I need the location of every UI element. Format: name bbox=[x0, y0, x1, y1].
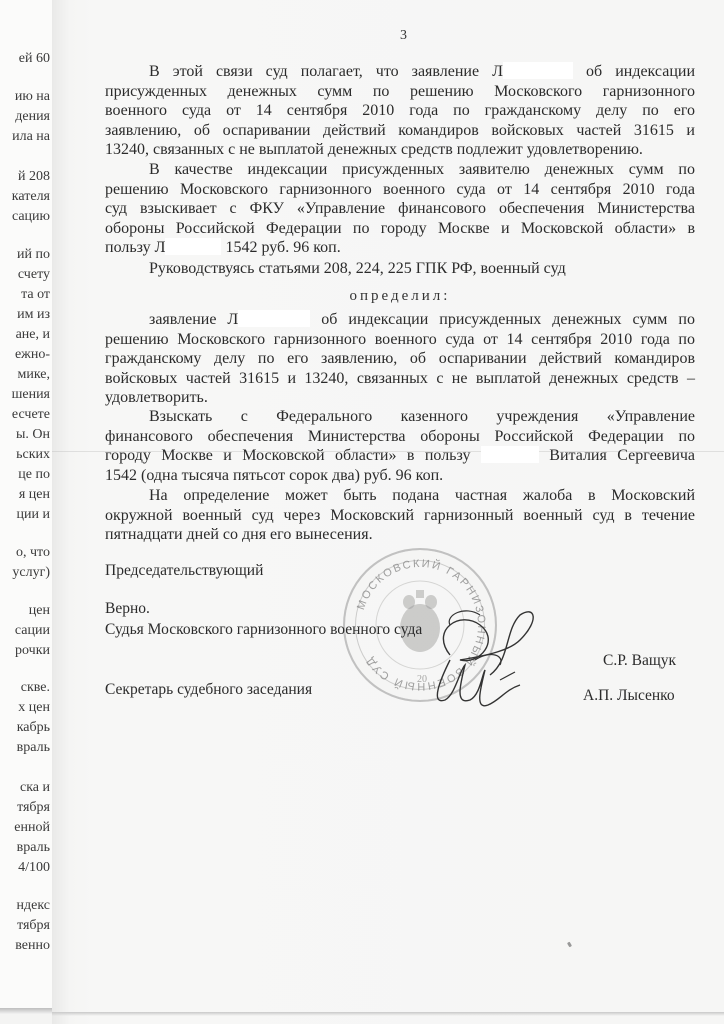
certified-label: Верно. bbox=[105, 600, 150, 618]
redacted-name bbox=[503, 62, 573, 79]
left-page-text-fragment: о, что bbox=[16, 545, 50, 561]
left-page-text-fragment: ей 60 bbox=[19, 51, 50, 67]
paragraph-recover-funds: Взыскать с Федерального казенного учрежд… bbox=[105, 407, 695, 485]
secretary-signature-icon bbox=[420, 650, 540, 720]
paragraph-ruling: заявление Л об индексации присужденных д… bbox=[105, 310, 695, 408]
left-page-text-fragment: им из bbox=[17, 307, 50, 323]
text-line: финансового обеспечения Министерства обо… bbox=[105, 427, 695, 447]
left-page-text-fragment: шения bbox=[12, 387, 50, 403]
left-page-text-fragment: мике, bbox=[17, 367, 50, 383]
text-line: заявление Л об индексации присужденных д… bbox=[105, 310, 695, 330]
left-page-text-fragment: кателя bbox=[12, 189, 50, 205]
text-line: В качестве индексации присужденных заяви… bbox=[105, 160, 695, 180]
ruling-heading: определил: bbox=[105, 288, 695, 305]
left-page-text-fragment: ции и bbox=[17, 507, 50, 523]
underlying-left-page: ей 60ию наденияила най 208кателясациюий … bbox=[0, 0, 52, 1010]
paragraph-legal-basis: Руководствуясь статьями 208, 224, 225 ГП… bbox=[105, 259, 695, 279]
redacted-name bbox=[165, 238, 221, 255]
left-page-text-fragment: ы. Он bbox=[16, 427, 50, 443]
left-page-text-fragment: скве. bbox=[21, 680, 50, 696]
left-page-bottom-edge bbox=[0, 1008, 52, 1014]
left-page-text-fragment: ане, и bbox=[16, 327, 50, 343]
secretary-name: А.П. Лысенко bbox=[583, 687, 675, 705]
text-line: решению Московского гарнизонного военног… bbox=[105, 330, 695, 350]
text-line: обороны Российской Федерации по городу М… bbox=[105, 219, 695, 239]
left-page-text-fragment: сацию bbox=[12, 209, 50, 225]
left-page-text-fragment: кабрь bbox=[17, 720, 50, 736]
left-page-text-fragment: цен bbox=[29, 603, 50, 619]
left-page-text-fragment: це по bbox=[18, 467, 50, 483]
redacted-name bbox=[238, 310, 310, 327]
text-line: заявлению, об оспаривании действий коман… bbox=[105, 121, 695, 141]
text-line: присужденных денежных сумм по решению Мо… bbox=[105, 82, 695, 102]
left-page-text-fragment: енной bbox=[14, 820, 50, 836]
left-page-text-fragment: услуг) bbox=[12, 565, 50, 581]
left-page-text-fragment: враль bbox=[17, 740, 50, 756]
text-line: гражданскому делу по его заявлению, об о… bbox=[105, 349, 695, 369]
paragraph-indexation-award: В качестве индексации присужденных заяви… bbox=[105, 160, 695, 258]
text-line: Взыскать с Федерального казенного учрежд… bbox=[105, 407, 695, 427]
left-page-text-fragment: рочки bbox=[15, 643, 50, 659]
page-number: 3 bbox=[400, 28, 407, 44]
left-page-text-fragment: я цен bbox=[19, 487, 50, 503]
text-line: пятнадцати дней со дня его вынесения. bbox=[105, 525, 695, 545]
left-page-text-fragment: ила на bbox=[12, 129, 50, 145]
presiding-label: Председательствующий bbox=[105, 562, 263, 580]
left-page-text-fragment: ию на bbox=[15, 89, 50, 105]
paragraph-appeal-notice: На определение может быть подана частная… bbox=[105, 486, 695, 545]
page-bottom-edge bbox=[52, 1012, 724, 1016]
left-page-text-fragment: 4/100 bbox=[18, 860, 50, 876]
left-page-text-fragment: тября bbox=[17, 800, 50, 816]
text-line: В этой связи суд полагает, что заявление… bbox=[105, 62, 695, 82]
text-line: пользу Л 1542 руб. 96 коп. bbox=[105, 238, 695, 258]
left-page-text-fragment: враль bbox=[17, 840, 50, 856]
text-line: На определение может быть подана частная… bbox=[105, 486, 695, 506]
left-page-text-fragment: счету bbox=[18, 267, 50, 283]
left-page-text-fragment: есчете bbox=[12, 407, 50, 423]
text-line: решению Московского гарнизонного военног… bbox=[105, 180, 695, 200]
left-page-text-fragment: ий по bbox=[17, 247, 50, 263]
text-line: 1542 (одна тысяча пятьсот сорок два) руб… bbox=[105, 466, 695, 486]
left-page-text-fragment: ьских bbox=[16, 447, 50, 463]
left-page-text-fragment: ска и bbox=[20, 780, 50, 796]
text-line: окружной военный суд через Московский га… bbox=[105, 506, 695, 526]
text-line: войсковых частей 31615 и 13240, связанны… bbox=[105, 369, 695, 389]
text-line: 13240, связанных с не выплатой денежных … bbox=[105, 140, 695, 160]
text-line: удовлетворить. bbox=[105, 388, 695, 408]
left-page-text-fragment: х цен bbox=[18, 700, 50, 716]
text-line: военного суда от 14 сентября 2010 года п… bbox=[105, 101, 695, 121]
left-page-text-fragment: сации bbox=[15, 623, 50, 639]
left-page-text-fragment: й 208 bbox=[18, 169, 50, 185]
redacted-name bbox=[481, 446, 539, 463]
text-line: Руководствуясь статьями 208, 224, 225 ГП… bbox=[105, 259, 695, 279]
left-page-text-fragment: ежно- bbox=[15, 347, 50, 363]
text-line: суд взыскивает с ФКУ «Управление финансо… bbox=[105, 199, 695, 219]
judge-name: С.Р. Ващук bbox=[603, 652, 676, 670]
left-page-text-fragment: ндекс bbox=[17, 898, 51, 914]
judge-title: Судья Московского гарнизонного военного … bbox=[105, 621, 422, 639]
left-page-text-fragment: тября bbox=[17, 918, 50, 934]
paragraph-court-opinion: В этой связи суд полагает, что заявление… bbox=[105, 62, 695, 160]
secretary-title: Секретарь судебного заседания bbox=[105, 681, 312, 699]
left-page-text-fragment: венно bbox=[15, 938, 50, 954]
text-line: городу Москве и Московской области» в по… bbox=[105, 446, 695, 466]
left-page-text-fragment: дения bbox=[15, 109, 50, 125]
left-page-text-fragment: та от bbox=[21, 287, 50, 303]
